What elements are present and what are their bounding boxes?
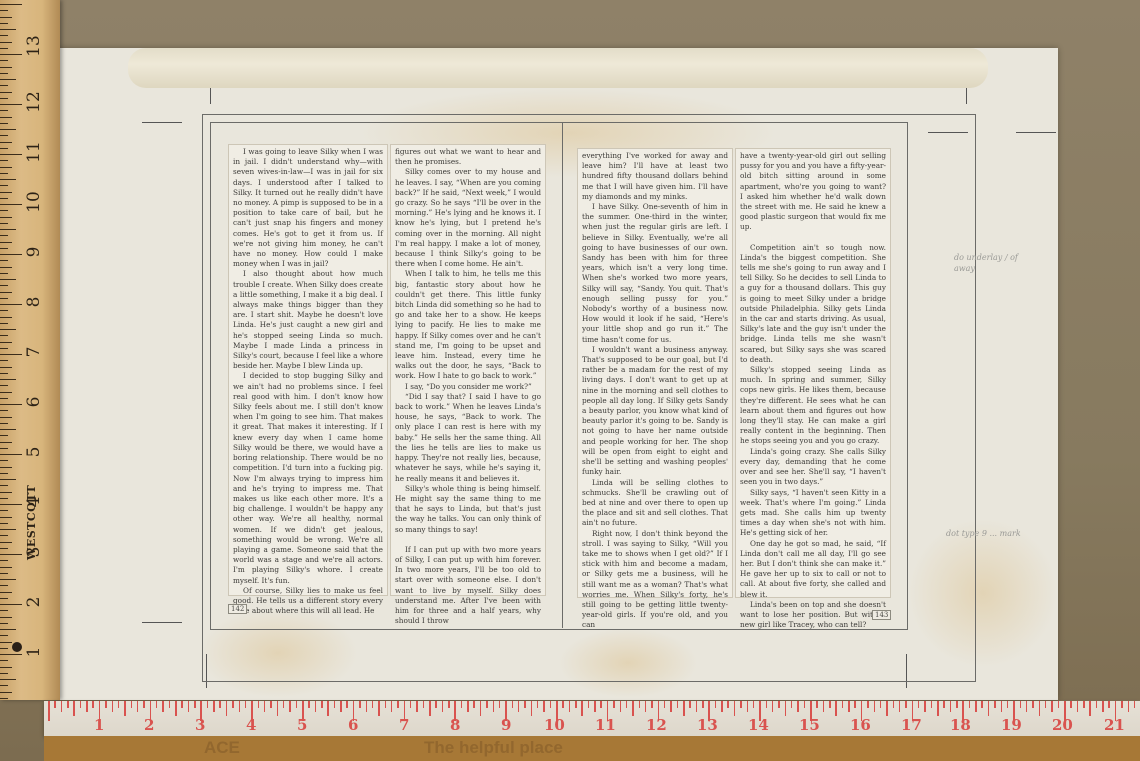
ruler-tick [575, 701, 577, 708]
ruler-number: 7 [24, 340, 44, 364]
ruler-tick [442, 701, 444, 712]
ruler-number: 8 [450, 716, 460, 734]
ruler-tick [239, 701, 241, 712]
ruler-tick [289, 701, 291, 712]
ruler-tick [499, 701, 501, 708]
ruler-tick [0, 104, 22, 105]
ruler-tick [0, 142, 12, 143]
text-column-3: everything I've worked for away and leav… [577, 148, 733, 598]
paragraph: I wouldn't want a business anyway. That'… [582, 345, 728, 478]
ruler-tick [1001, 701, 1003, 712]
paragraph: figures out what we want to hear and the… [395, 147, 541, 167]
ruler-tick [975, 701, 977, 712]
ruler-number: 10 [24, 190, 44, 214]
ruler-number: 4 [24, 490, 44, 514]
ruler-tick [0, 23, 8, 24]
ruler-tick [651, 701, 653, 708]
ruler-tick [994, 701, 996, 708]
ruler-tick [0, 323, 8, 324]
ruler-tick [61, 701, 63, 712]
paragraph: One day he got so mad, he said, “If Lind… [740, 539, 886, 600]
ruler-tick [581, 701, 583, 716]
ruler-tick [1032, 701, 1034, 708]
ruler-tick [0, 454, 22, 455]
ruler-tick [397, 701, 399, 708]
ruler-tick [0, 479, 16, 480]
ruler-tick [0, 98, 8, 99]
ruler-number: 13 [24, 34, 44, 58]
ruler-tick [0, 335, 8, 336]
ruler-tick [804, 701, 806, 708]
ruler-tick [1020, 701, 1022, 708]
ruler-tick [258, 701, 260, 708]
ruler-tick [988, 701, 990, 716]
ruler-tick [689, 701, 691, 708]
ruler-tick [0, 235, 8, 236]
ruler-tick [645, 701, 647, 712]
ruler-tick [0, 242, 12, 243]
ruler-tick [0, 404, 22, 405]
ruler-tick [410, 701, 412, 708]
ruler-tick [772, 701, 774, 712]
ruler-tick [0, 673, 8, 674]
ruler-tick [778, 701, 780, 708]
ruler-tick [372, 701, 374, 708]
paragraph: Linda will be selling clothes to schmuck… [582, 478, 728, 529]
paragraph: I was going to leave Silky when I was in… [233, 147, 383, 269]
ruler-tick [0, 285, 8, 286]
ruler-tick [0, 629, 16, 630]
ruler-tick [0, 67, 12, 68]
ruler-tick [0, 279, 16, 280]
ruler-number: 4 [246, 716, 256, 734]
paragraph: I say, “Do you consider me work?” [395, 382, 541, 392]
text-column-4: have a twenty-year-old girl out selling … [735, 148, 891, 598]
ruler-tick [0, 29, 16, 30]
ruler-tick [0, 517, 12, 518]
ruler-tick [0, 354, 22, 355]
ruler-number: 12 [646, 716, 667, 734]
crop-mark [966, 88, 967, 104]
ruler-tick [747, 701, 749, 712]
ruler-tick [0, 148, 8, 149]
paragraph: If I can put up with two more years of S… [395, 545, 541, 627]
ruler-tick [0, 398, 8, 399]
ruler-tick [791, 701, 793, 708]
paragraph: Silky's stopped seeing Linda as much. In… [740, 365, 886, 447]
ruler-tick [1089, 701, 1091, 716]
ruler-tick [518, 701, 520, 712]
ruler-tick [169, 701, 171, 708]
ruler-tick [131, 701, 133, 708]
ruler-tick [594, 701, 596, 712]
ruler-tick [308, 701, 310, 708]
paragraph: I decided to stop bugging Silky and we a… [233, 371, 383, 585]
ruler-tick [1128, 701, 1130, 712]
horizontal-ruler: 1 2 3 4 5 6 7 8 9 10 11 12 13 14 15 16 1… [44, 701, 1140, 736]
ruler-tick [854, 701, 856, 708]
ruler-tick [315, 701, 317, 712]
ruler-tick [194, 701, 196, 708]
ruler-tick [727, 701, 729, 708]
paragraph: everything I've worked for away and leav… [582, 151, 728, 202]
ruler-tick [0, 329, 16, 330]
ruler-tick [86, 701, 88, 712]
ruler-tick [0, 492, 12, 493]
pencil-note: do underlay / of away [954, 252, 1034, 274]
ruler-tick [327, 701, 329, 716]
ruler-tick [0, 635, 8, 636]
ruler-tick [0, 198, 8, 199]
ruler-number: 9 [24, 240, 44, 264]
ruler-tick [0, 123, 8, 124]
ruler-tick [0, 160, 8, 161]
ruler-tick [0, 110, 8, 111]
ruler-tick [0, 4, 22, 5]
ruler-tick [0, 248, 8, 249]
ruler-tick [0, 42, 12, 43]
ruler-number: 14 [748, 716, 769, 734]
ruler-number: 7 [399, 716, 409, 734]
ruler-tick [835, 701, 837, 716]
ruler-number: 3 [24, 540, 44, 564]
paragraph: have a twenty-year-old girl out selling … [740, 151, 886, 233]
faint-logo: ACE [204, 738, 240, 758]
ruler-tick [0, 92, 12, 93]
ruler-tick [0, 654, 22, 655]
ruler-tick [0, 417, 12, 418]
ruler-tick [0, 560, 8, 561]
page-number-142: 142 [228, 604, 247, 614]
ruler-tick [0, 223, 8, 224]
ruler-tick [461, 701, 463, 708]
ruler-tick [924, 701, 926, 712]
ruler-tick [550, 701, 552, 708]
ruler-tick [0, 385, 8, 386]
ruler-tick [874, 701, 876, 712]
ruler-number: 19 [1001, 716, 1022, 734]
ruler-tick [219, 701, 221, 708]
ruler-tick [270, 701, 272, 708]
ruler-tick [473, 701, 475, 708]
ruler-tick [245, 701, 247, 708]
paragraph: When I talk to him, he tells me this big… [395, 269, 541, 381]
ruler-tick [823, 701, 825, 712]
ruler-tick [73, 701, 75, 716]
ruler-tick [543, 701, 545, 712]
ruler-tick [346, 701, 348, 708]
ruler-tick [1134, 701, 1136, 708]
paragraph: Silky's whole thing is being himself. He… [395, 484, 541, 535]
ruler-number: 6 [348, 716, 358, 734]
ruler-tick [226, 701, 228, 716]
ruler-tick [0, 379, 16, 380]
ruler-tick [118, 701, 120, 708]
ruler-tick [613, 701, 615, 708]
ruler-tick [162, 701, 164, 712]
ruler-tick [493, 701, 495, 712]
ruler-tick [0, 273, 8, 274]
ruler-back-band: ACE The helpful place [44, 736, 1140, 761]
vertical-ruler: WESTCOTT 1 2 3 4 5 6 7 8 9 10 11 12 13 [0, 0, 60, 700]
ruler-tick [0, 204, 22, 205]
ruler-tick [385, 701, 387, 708]
ruler-tick [626, 701, 628, 708]
ruler-tick [143, 701, 145, 708]
ruler-tick [0, 298, 8, 299]
ruler-tick [0, 592, 12, 593]
ruler-tick [0, 342, 12, 343]
ruler-tick [359, 701, 361, 708]
ruler-tick [378, 701, 380, 716]
ruler-tick [0, 348, 8, 349]
ruler-tick [0, 535, 8, 536]
ruler-tick [531, 701, 533, 716]
ruler-tick [429, 701, 431, 716]
paragraph: Silky comes over to my house and he leav… [395, 167, 541, 269]
ruler-tick [448, 701, 450, 708]
ruler-tick [0, 129, 16, 130]
ruler-tick [1083, 701, 1085, 708]
ruler-tick [112, 701, 114, 712]
text-column-1: I was going to leave Silky when I was in… [228, 144, 388, 596]
paragraph: Silky says, “I haven't seen Kitty in a w… [740, 488, 886, 539]
ruler-tick [232, 701, 234, 708]
ruler-tick [264, 701, 266, 712]
ruler-tick [797, 701, 799, 712]
ruler-tick [943, 701, 945, 708]
ruler-number: 12 [24, 90, 44, 114]
ruler-tick [721, 701, 723, 712]
ruler-tick [905, 701, 907, 708]
ruler-tick [0, 173, 8, 174]
ruler-tick [0, 435, 8, 436]
ruler-tick [1026, 701, 1028, 712]
ruler-tick [124, 701, 126, 716]
ruler-tick [105, 701, 107, 708]
ruler-tick [0, 254, 22, 255]
ruler-tick [569, 701, 571, 712]
ruler-tick [937, 701, 939, 716]
ruler-tick [1102, 701, 1104, 712]
ruler-tick [0, 217, 12, 218]
ruler-tick [0, 229, 16, 230]
ruler-tick [0, 60, 8, 61]
ruler-number: 11 [24, 140, 44, 164]
ruler-tick [416, 701, 418, 712]
ruler-tick [340, 701, 342, 712]
paragraph: Of course, Silky lies to make us feel go… [233, 586, 383, 617]
ruler-tick [0, 523, 8, 524]
ruler-number: 18 [950, 716, 971, 734]
ruler-number: 10 [544, 716, 565, 734]
paragraph: Linda's going crazy. She calls Silky eve… [740, 447, 886, 488]
ruler-tick [1108, 701, 1110, 708]
ruler-tick [0, 267, 12, 268]
ruler-tick [0, 10, 8, 11]
ruler-tick [467, 701, 469, 712]
ruler-tick [277, 701, 279, 716]
ruler-tick [0, 548, 8, 549]
ruler-number: 1 [24, 640, 44, 664]
ruler-tick [524, 701, 526, 708]
paragraph: “Did I say that? I said I have to go bac… [395, 392, 541, 484]
ruler-tick [213, 701, 215, 712]
ruler-tick [0, 467, 12, 468]
ruler-tick [1045, 701, 1047, 708]
ruler-tick [207, 701, 209, 708]
ruler-tick [0, 498, 8, 499]
pencil-note: dot type 9 ... mark [946, 528, 1026, 539]
ruler-tick [423, 701, 425, 708]
ruler-tick [740, 701, 742, 708]
ruler-tick [0, 292, 12, 293]
ruler-tick [753, 701, 755, 708]
ruler-tick [1058, 701, 1060, 708]
ruler-tick [0, 192, 12, 193]
ruler-tick [715, 701, 717, 708]
ruler-tick [0, 460, 8, 461]
ruler-tick [1077, 701, 1079, 712]
ruler-tick [664, 701, 666, 708]
ruler-tick [80, 701, 82, 708]
ruler-tick [0, 610, 8, 611]
ruler-tick [0, 304, 22, 305]
paragraph: Linda's been on top and she doesn't want… [740, 600, 886, 631]
ruler-tick [0, 73, 8, 74]
ruler-number: 8 [24, 290, 44, 314]
ruler-tick [0, 117, 12, 118]
ruler-tick [0, 504, 22, 505]
ruler-tick [670, 701, 672, 712]
ruler-tick [0, 154, 22, 155]
ruler-tick [0, 685, 8, 686]
ruler-hole [12, 642, 22, 652]
ruler-tick [0, 567, 12, 568]
ruler-tick [0, 579, 16, 580]
crop-mark [142, 122, 182, 123]
page-number-143: 143 [872, 610, 891, 620]
ruler-tick [950, 701, 952, 712]
ruler-tick [848, 701, 850, 712]
ruler-tick [321, 701, 323, 708]
ruler-tick [296, 701, 298, 708]
ruler-tick [969, 701, 971, 708]
ruler-tick [867, 701, 869, 708]
ruler-tick [480, 701, 482, 716]
ruler-number: 15 [799, 716, 820, 734]
tape-strip [128, 48, 988, 88]
ruler-tick [181, 701, 183, 708]
ruler-tick [588, 701, 590, 708]
ruler-number: 1 [94, 716, 104, 734]
ruler-tick [0, 135, 8, 136]
ruler-tick [334, 701, 336, 708]
ruler-tick [842, 701, 844, 708]
ruler-tick [620, 701, 622, 712]
ruler-tick [54, 701, 56, 708]
ruler-tick [391, 701, 393, 712]
ruler-tick [48, 701, 50, 721]
ruler-tick [816, 701, 818, 708]
ruler-tick [0, 17, 12, 18]
ruler-tick [0, 310, 8, 311]
ruler-tick [0, 35, 8, 36]
ruler-tick [0, 542, 12, 543]
ruler-tick [1070, 701, 1072, 708]
ruler-tick [0, 367, 12, 368]
ruler-tick [0, 648, 8, 649]
ruler-tick [0, 692, 12, 693]
ruler-tick [67, 701, 69, 708]
ruler-number: 9 [501, 716, 511, 734]
ruler-tick [734, 701, 736, 716]
ruler-tick [0, 373, 8, 374]
ruler-tick [0, 698, 8, 699]
ruler-tick [766, 701, 768, 708]
ruler-tick [632, 701, 634, 716]
ruler-tick [639, 701, 641, 708]
ruler-tick [0, 54, 22, 55]
paragraph: Right now, I don't think beyond the stro… [582, 529, 728, 631]
ruler-tick [486, 701, 488, 708]
ruler-tick [0, 554, 22, 555]
ruler-tick [0, 185, 8, 186]
ruler-tick [1096, 701, 1098, 708]
ruler-tick [677, 701, 679, 708]
ruler-tick [600, 701, 602, 708]
ruler-number: 13 [697, 716, 718, 734]
ruler-tick [0, 667, 12, 668]
page-gutter [562, 122, 563, 628]
ruler-tick [156, 701, 158, 708]
ruler-tick [683, 701, 685, 716]
ruler-tick [785, 701, 787, 716]
ruler-tick [981, 701, 983, 708]
ruler-tick [0, 473, 8, 474]
ruler-tick [0, 85, 8, 86]
ruler-tick [0, 623, 8, 624]
text-column-2: figures out what we want to hear and the… [390, 144, 546, 596]
ruler-tick [0, 510, 8, 511]
ruler-tick [0, 392, 12, 393]
ruler-tick [0, 260, 8, 261]
ruler-tick [537, 701, 539, 708]
ruler-number: 3 [195, 716, 205, 734]
crop-mark [142, 622, 182, 623]
ruler-number: 5 [297, 716, 307, 734]
ruler-number: 6 [24, 390, 44, 414]
ruler-tick [0, 423, 8, 424]
ruler-number: 11 [595, 716, 616, 734]
ruler-number: 16 [850, 716, 871, 734]
ruler-tick [0, 360, 8, 361]
ruler-tick [1039, 701, 1041, 716]
ruler-tick [0, 573, 8, 574]
ruler-tick [283, 701, 285, 708]
crop-mark [210, 88, 211, 104]
ruler-tick [931, 701, 933, 708]
ruler-number: 21 [1104, 716, 1125, 734]
faint-slogan: The helpful place [424, 738, 563, 758]
ruler-tick [880, 701, 882, 708]
ruler-tick [0, 448, 8, 449]
ruler-tick [188, 701, 190, 712]
crop-mark [1016, 132, 1056, 133]
ruler-tick [956, 701, 958, 708]
ruler-tick [1051, 701, 1053, 712]
paragraph: I also thought about how much trouble I … [233, 269, 383, 371]
